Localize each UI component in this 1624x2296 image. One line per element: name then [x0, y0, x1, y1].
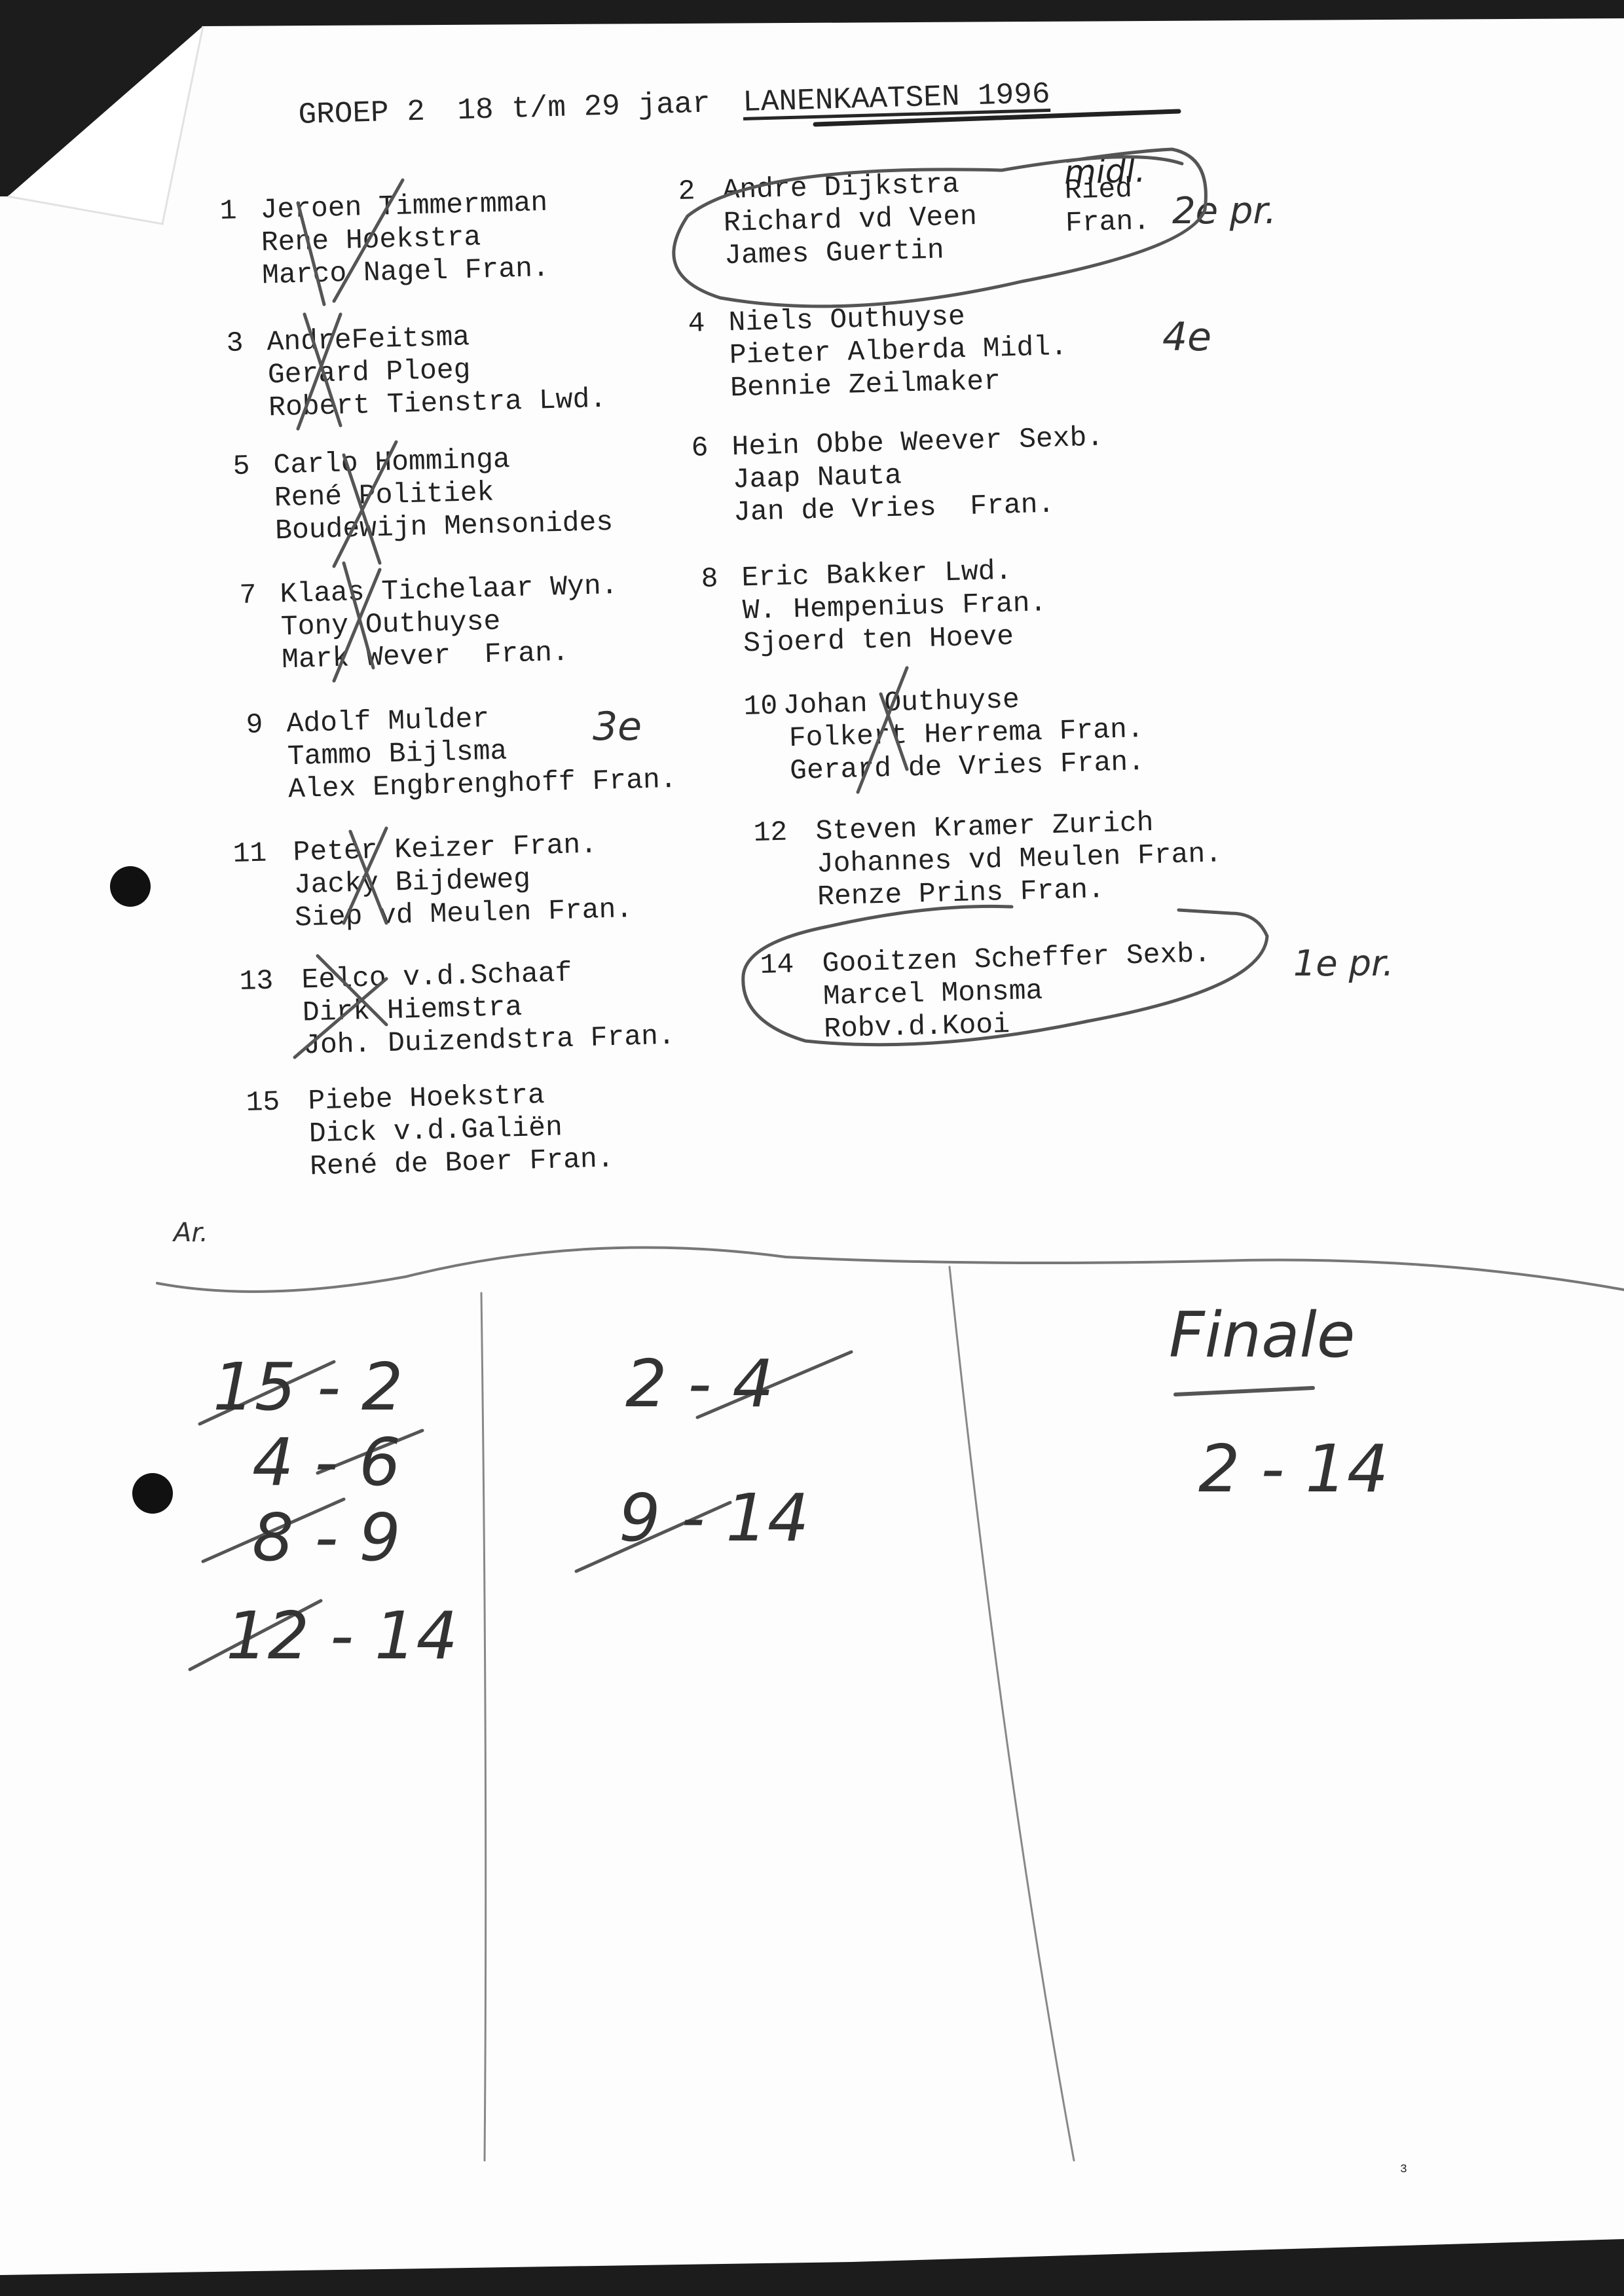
team-number: 14 [760, 949, 794, 981]
team-number: 11 [232, 837, 267, 870]
team-number: 15 [246, 1086, 280, 1119]
age-range: 18 t/m 29 jaar [457, 86, 711, 128]
group-label: GROEP 2 [298, 95, 426, 132]
round2-match: 2 - 4 [625, 1345, 774, 1422]
round1-match: 4 - 6 [252, 1424, 401, 1501]
team-number: 7 [239, 579, 257, 611]
team-number: 9 [246, 708, 263, 741]
final-label: Finale [1169, 1300, 1355, 1372]
placement-annotation: 3e [593, 704, 642, 750]
player-name: James Guertin [724, 233, 978, 272]
team-number: 3 [226, 327, 244, 359]
round2-match: 9 - 14 [619, 1480, 809, 1556]
footer-mark: 3 [1400, 2153, 1408, 2187]
round1-match: 12 - 14 [226, 1597, 458, 1674]
team-number: 13 [239, 965, 274, 998]
round1-match: 15 - 2 [213, 1349, 403, 1425]
team-number: 6 [691, 431, 709, 464]
club-name: Fran. [1065, 205, 1150, 240]
round1-match: 8 - 9 [252, 1499, 401, 1576]
prize-annotation: 1e pr. [1293, 943, 1393, 984]
team-number: 12 [753, 816, 788, 849]
placement-annotation: 4e [1162, 314, 1211, 360]
team-number: 8 [701, 562, 718, 595]
final-match: 2 - 14 [1198, 1430, 1389, 1507]
prize-annotation: 2e pr. [1172, 190, 1276, 232]
team-number: 10 [743, 690, 778, 723]
team-number: 5 [232, 450, 250, 483]
initials-mark: Ar. [174, 1218, 208, 1248]
handwritten-club: midl. [1063, 154, 1149, 189]
team-number: 1 [219, 194, 237, 227]
punch-hole [110, 866, 151, 907]
team-number: 4 [688, 307, 705, 340]
team-number: 2 [678, 175, 695, 208]
punch-hole [132, 1473, 173, 1514]
